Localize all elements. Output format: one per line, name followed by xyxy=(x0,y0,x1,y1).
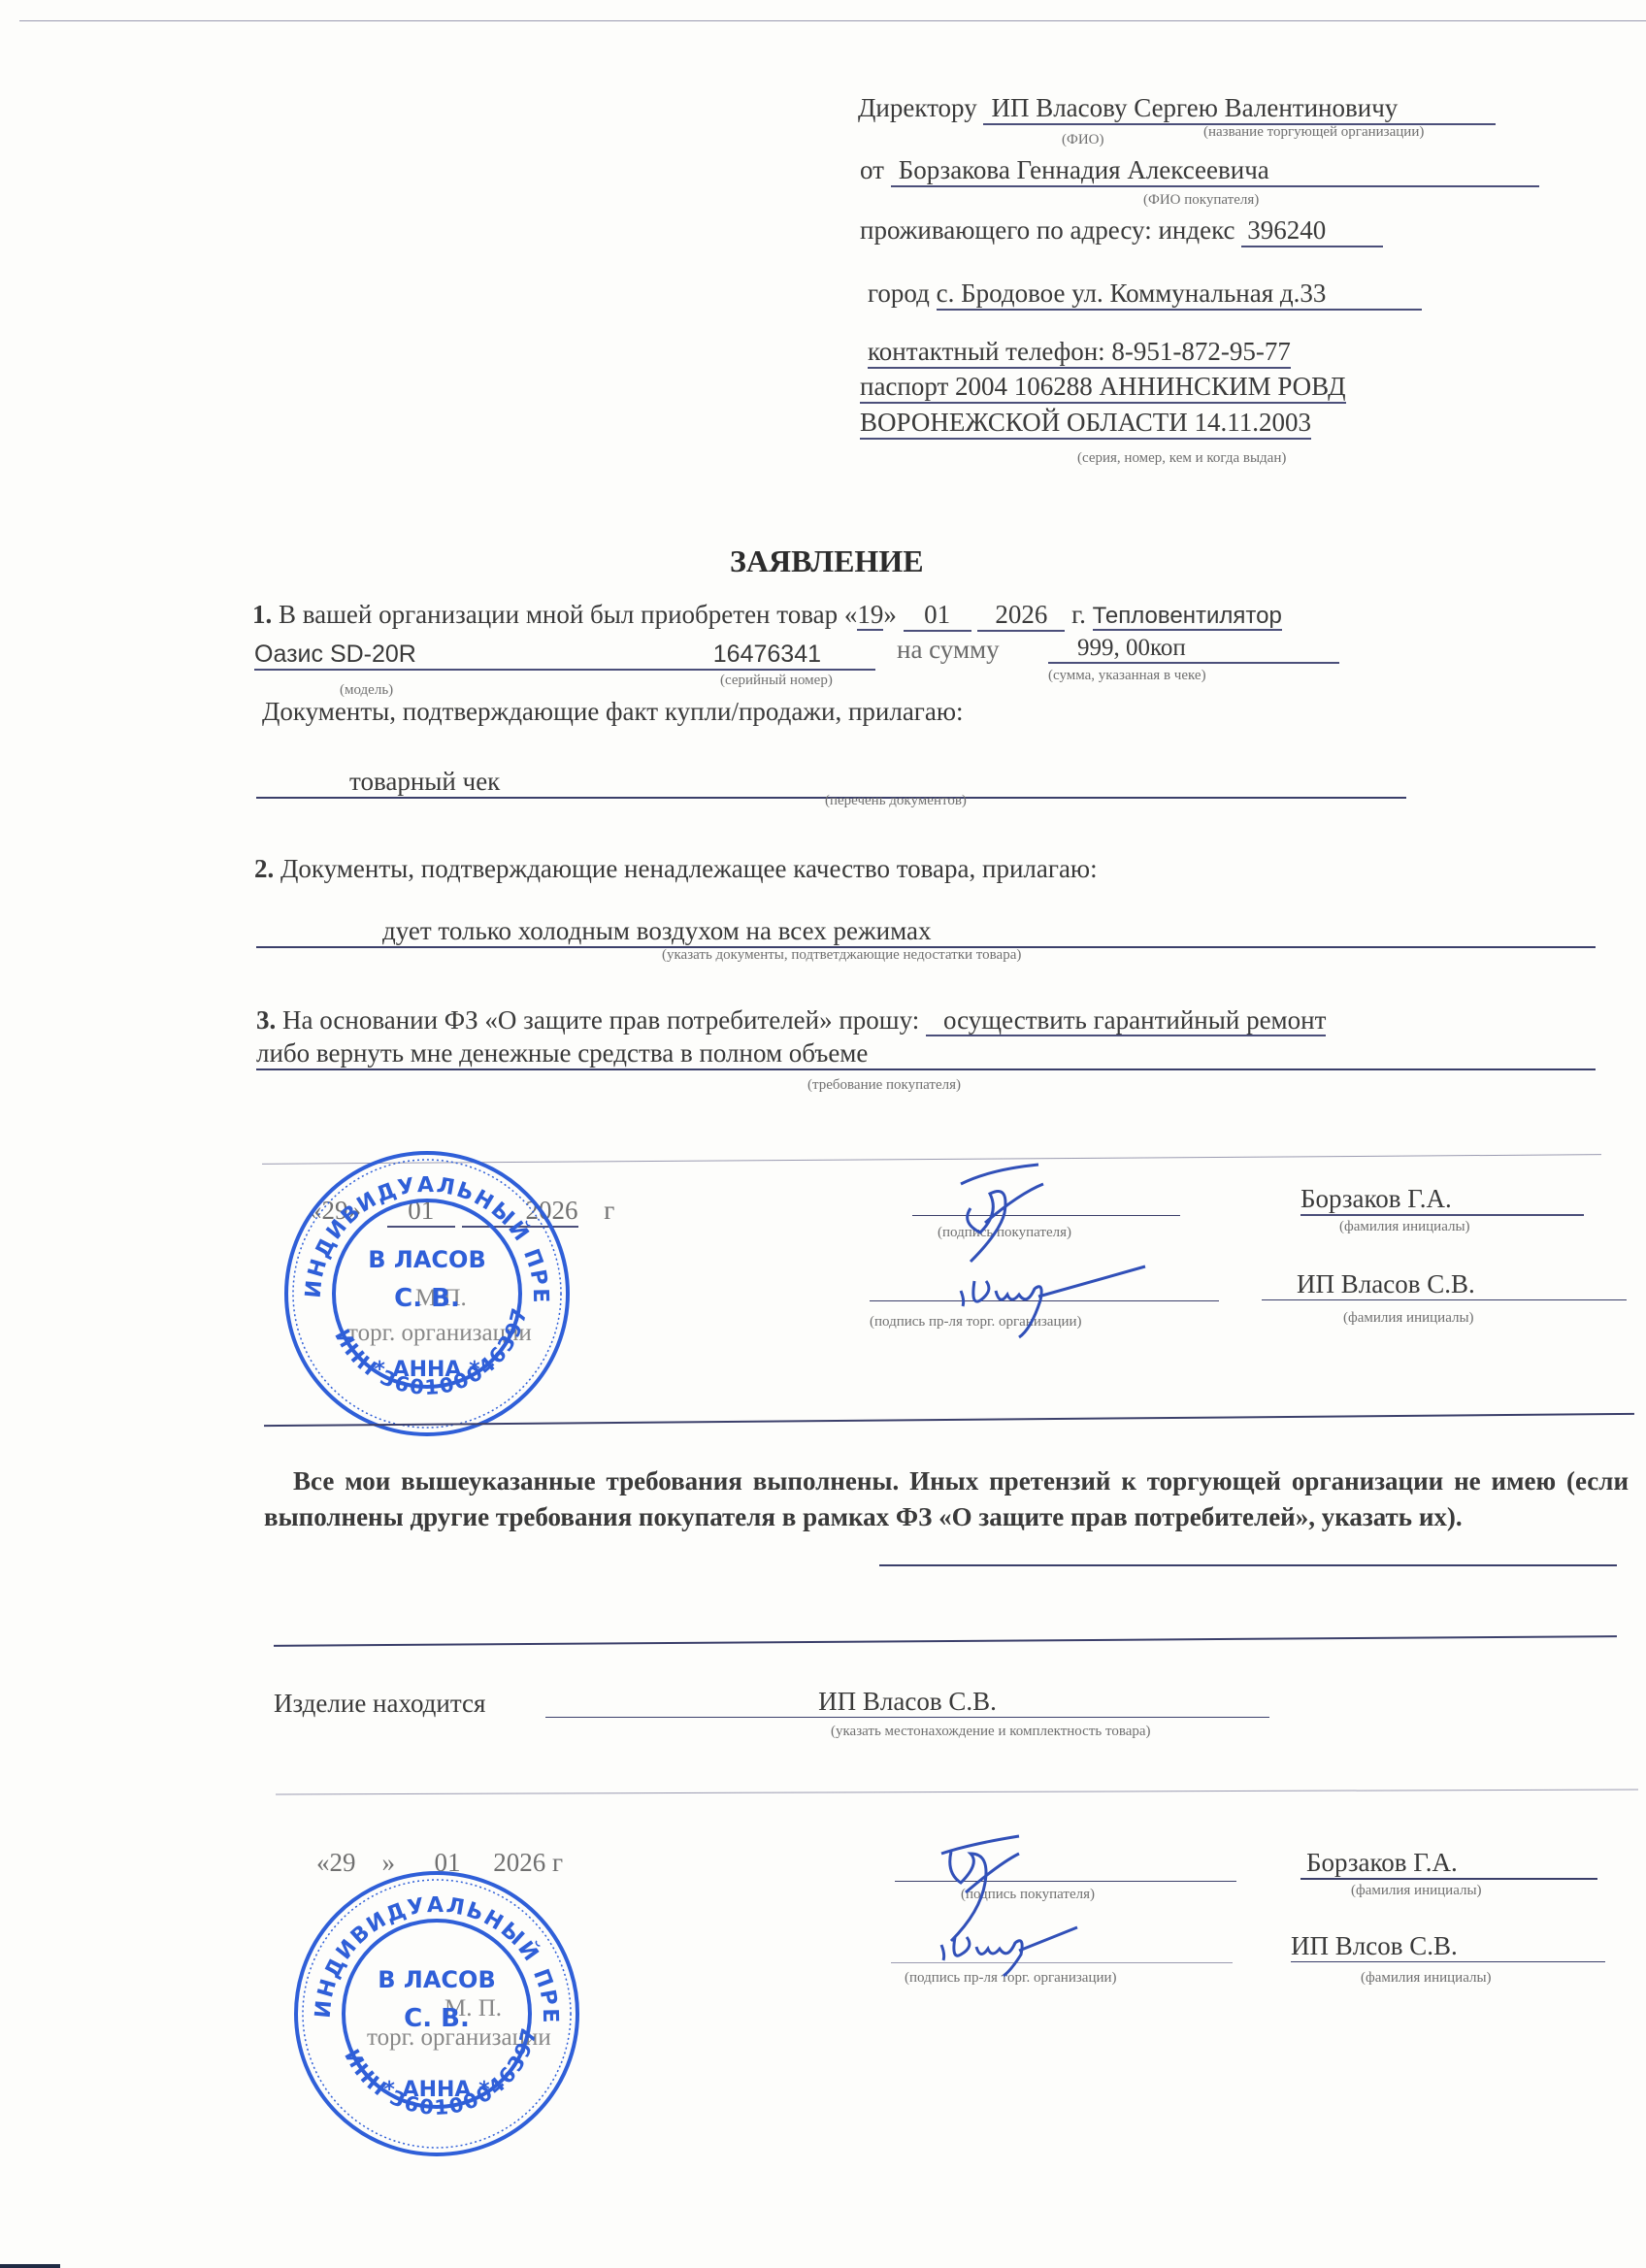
svg-text:ИНДИВИДУАЛЬНЫЙ ПРЕДПРИНИМАТЕЛЬ: ИНДИВИДУАЛЬНЫЙ ПРЕДПРИНИМАТЕЛЬ xyxy=(281,1143,552,1305)
stamp2-brand: * АННА * xyxy=(383,2078,490,2102)
model-value: Оазис SD-20R xyxy=(254,641,416,669)
stamp2-name-line1: В ЛАСОВ xyxy=(378,1966,495,1993)
purchase-day: 19 xyxy=(857,600,883,631)
address-line: проживающего по адресу: индекс 396240 xyxy=(860,215,1383,247)
sum-label: на сумму xyxy=(897,635,1000,665)
stamp2-name-line2: С. В. xyxy=(404,2004,470,2033)
passport-caption: (серия, номер, кем и когда выдан) xyxy=(1077,450,1286,467)
buyer-signature-icon xyxy=(932,1155,1058,1271)
stamp-inn-text: ИНН 360100046397 xyxy=(330,1304,532,1399)
location-value: ИП Власов С.В. xyxy=(818,1687,997,1716)
section2-text: Документы, подтверждающие ненадлежащее к… xyxy=(280,854,1098,883)
request-value-line1: осуществить гарантийный ремонт xyxy=(926,1005,1326,1036)
from-value: Борзакова Геннадия Алексеевича xyxy=(891,155,1539,187)
director-value: ИП Власову Сергею Валентиновичу xyxy=(983,93,1496,125)
docs-caption: (перечень документов) xyxy=(825,793,967,809)
purchase-month: 01 xyxy=(904,600,971,632)
confirmation-text: Все мои вышеуказанные требования выполне… xyxy=(264,1463,1629,1535)
address-label: проживающего по адресу: индекс xyxy=(860,215,1235,245)
stamp-outer-text: ИНДИВИДУАЛЬНЫЙ ПРЕДПРИНИМАТЕЛЬ xyxy=(281,1143,552,1305)
director-line: Директору ИП Власову Сергею Валентинович… xyxy=(858,93,1496,125)
section2-number: 2. xyxy=(254,854,274,883)
svg-text:ИНН 360100046397: ИНН 360100046397 xyxy=(330,1304,532,1399)
from-label: от xyxy=(860,155,884,184)
model-field: Оазис SD-20R 16476341 xyxy=(254,641,875,671)
buyer-name-1: Борзаков Г.А. xyxy=(1300,1184,1584,1216)
location-label: Изделие находится xyxy=(274,1689,485,1719)
seller-name-caption-1: (фамилия инициалы) xyxy=(1343,1310,1474,1327)
seller-name-2: ИП Влсов С.В. xyxy=(1291,1931,1605,1962)
year-suffix: г. xyxy=(1071,600,1086,629)
section1-number: 1. xyxy=(252,600,272,629)
separator-line-2 xyxy=(276,1790,1638,1795)
document-title: ЗАЯВЛЕНИЕ xyxy=(730,543,924,579)
request-caption: (требование покупателя) xyxy=(807,1077,961,1094)
defect-caption: (указать документы, подтветджающие недос… xyxy=(662,947,1021,964)
quote-close: » xyxy=(883,600,897,629)
passport-line-2: ВОРОНЕЖСКОЙ ОБЛАСТИ 14.11.2003 xyxy=(860,408,1311,440)
sum-caption: (сумма, указанная в чеке) xyxy=(1048,668,1206,684)
corner-mark xyxy=(0,2264,60,2268)
section3-number: 3. xyxy=(256,1005,276,1035)
location-field: ИП Власов С.В. xyxy=(545,1687,1269,1718)
from-line: от Борзакова Геннадия Алексеевича xyxy=(860,155,1539,187)
section3-text: На основании ФЗ «О защите прав потребите… xyxy=(282,1005,919,1035)
city-value: с. Бродовое ул. Коммунальная д.33 xyxy=(937,279,1422,311)
request-field-line2: либо вернуть мне денежные средства в пол… xyxy=(256,1038,1596,1070)
company-stamp-icon: ИНДИВИДУАЛЬНЫЙ ПРЕДПРИНИМАТЕЛЬ ИНН 36010… xyxy=(281,1143,573,1444)
docs-value: товарный чек xyxy=(256,767,500,796)
fio-caption: (ФИО) xyxy=(1062,132,1104,148)
confirmation-extra-line xyxy=(274,1635,1617,1647)
stamp-name-line1: В ЛАСОВ xyxy=(368,1246,485,1273)
top-border-line xyxy=(19,20,1646,21)
docs-label: Документы, подтверждающие факт купли/про… xyxy=(262,697,964,727)
svg-text:ИНН 360100046397: ИНН 360100046397 xyxy=(340,2024,542,2120)
confirmation-fill-line xyxy=(879,1564,1617,1566)
buyer-caption: (ФИО покупателя) xyxy=(1143,192,1259,209)
seller-signature-icon xyxy=(951,1262,1155,1339)
company-stamp-icon-2: ИНДИВИДУАЛЬНЫЙ ПРЕДПРИНИМАТЕЛЬ ИНН 36010… xyxy=(291,1863,582,2164)
buyer-name-caption-2: (фамилия инициалы) xyxy=(1351,1883,1482,1899)
section3-heading: 3. На основании ФЗ «О защите прав потреб… xyxy=(256,1005,1326,1035)
seller-name-1: ИП Власов С.В. xyxy=(1262,1269,1627,1300)
buyer-name-caption-1: (фамилия инициалы) xyxy=(1339,1219,1470,1235)
sum-value: 999, 00коп xyxy=(1048,635,1339,664)
defect-value: дует только холодным воздухом на всех ре… xyxy=(256,916,931,945)
city-line: город с. Бродовое ул. Коммунальная д.33 xyxy=(868,279,1422,311)
product-name: Тепловентилятор xyxy=(1093,603,1282,631)
passport-line-1: паспорт 2004 106288 АННИНСКИМ РОВД xyxy=(860,372,1346,404)
section1-text: В вашей организации мной был приобретен … xyxy=(279,600,857,629)
org-caption: (название торгующей организации) xyxy=(1203,124,1424,141)
stamp2-inn-text: ИНН 360100046397 xyxy=(340,2024,542,2120)
section1-line1: 1. В вашей организации мной был приобрет… xyxy=(252,600,1282,632)
city-label: город xyxy=(868,279,930,308)
defect-field: дует только холодным воздухом на всех ре… xyxy=(256,916,1596,948)
index-value: 396240 xyxy=(1241,215,1383,247)
director-label: Директору xyxy=(858,93,977,122)
location-caption: (указать местонахождение и комплектность… xyxy=(831,1724,1151,1740)
buyer-name-2: Борзаков Г.А. xyxy=(1300,1848,1597,1880)
serial-value: 16476341 xyxy=(713,641,821,669)
stamp-name-line2: С. В. xyxy=(394,1284,460,1313)
svg-text:ИНДИВИДУАЛЬНЫЙ ПРЕДПРИНИМАТЕЛЬ: ИНДИВИДУАЛЬНЫЙ ПРЕДПРИНИМАТЕЛЬ xyxy=(291,1863,562,2025)
section2-heading: 2. Документы, подтверждающие ненадлежаще… xyxy=(254,854,1098,884)
seller-signature-icon-2 xyxy=(932,1922,1087,1980)
serial-caption: (серийный номер) xyxy=(720,673,833,689)
purchase-year: 2026 xyxy=(977,600,1065,632)
stamp2-outer-text: ИНДИВИДУАЛЬНЫЙ ПРЕДПРИНИМАТЕЛЬ xyxy=(291,1863,562,2025)
request-value-line2: либо вернуть мне денежные средства в пол… xyxy=(256,1038,868,1068)
sig1-date-suffix: г xyxy=(604,1196,614,1225)
stamp-brand: * АННА * xyxy=(374,1358,480,1382)
seller-name-caption-2: (фамилия инициалы) xyxy=(1361,1970,1492,1987)
phone-line: контактный телефон: 8-951-872-95-77 xyxy=(868,337,1291,369)
